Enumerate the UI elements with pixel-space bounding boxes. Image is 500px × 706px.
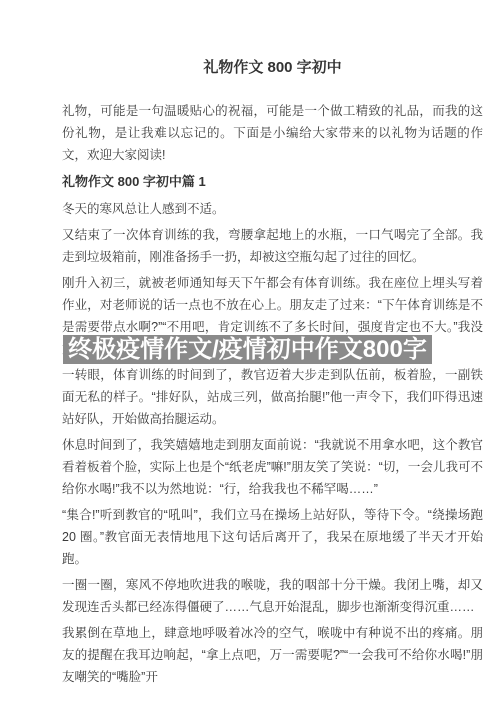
watermark-banner-overlay[interactable]: 终极疫情作文/疫情初中作文800字 <box>63 335 432 364</box>
section-heading: 礼物作文 800 字初中篇 1 <box>62 172 483 192</box>
watermark-banner-text: 终极疫情作文/疫情初中作文800字 <box>63 335 432 365</box>
document-page: 礼物作文 800 字初中 礼物，可能是一句温暖贴心的祝福，可能是一个做工精致的礼… <box>0 0 500 706</box>
intro-paragraph: 礼物，可能是一句温暖贴心的祝福，可能是一个做工精致的礼品，而我的这份礼物，是让我… <box>62 100 483 166</box>
paragraph-rest-time: 休息时间到了，我笑嬉嬉地走到朋友面前说：“我就说不用拿水吧，这个教官看着板着个脸… <box>62 434 483 500</box>
paragraph-winter: 冬天的寒风总让人感到不适。 <box>62 198 483 220</box>
paragraph-drill-rest: 面无私的样子。“排好队，站成三列，做高抬腿!”他一声令下，我们吓得迅速站好队，开… <box>62 386 483 430</box>
paragraph-drill-obscured-line: 一转眼，体育训练的时间到了，教官迈着大步走到队伍前，板着脸，一副铁 <box>62 364 483 386</box>
paragraph-running: 一圈一圈，寒风不停地吹进我的喉咙，我的咽部十分干燥。我闭上嘴，却又发现连舌头都已… <box>62 574 483 618</box>
paragraph-drill: 一转眼，体育训练的时间到了，教官迈着大步走到队伍前，板着脸，一副铁 面无私的样子… <box>62 364 483 430</box>
paragraph-assemble: “集合!”听到教官的“吼叫”，我们立马在操场上站好队，等待下令。“绕操场跑 20… <box>62 504 483 570</box>
document-title: 礼物作文 800 字初中 <box>62 57 483 78</box>
paragraph-bottle: 又结束了一次体育训练的我，弯腰拿起地上的水瓶，一口气喝完了全部。我走到垃圾箱前，… <box>62 224 483 268</box>
paragraph-grass: 我累倒在草地上，肆意地呼吸着冰冷的空气，喉咙中有种说不出的疼痛。朋友的提醒在我耳… <box>62 622 483 688</box>
document-body: 礼物作文 800 字初中 礼物，可能是一句温暖贴心的祝福，可能是一个做工精致的礼… <box>62 57 483 692</box>
